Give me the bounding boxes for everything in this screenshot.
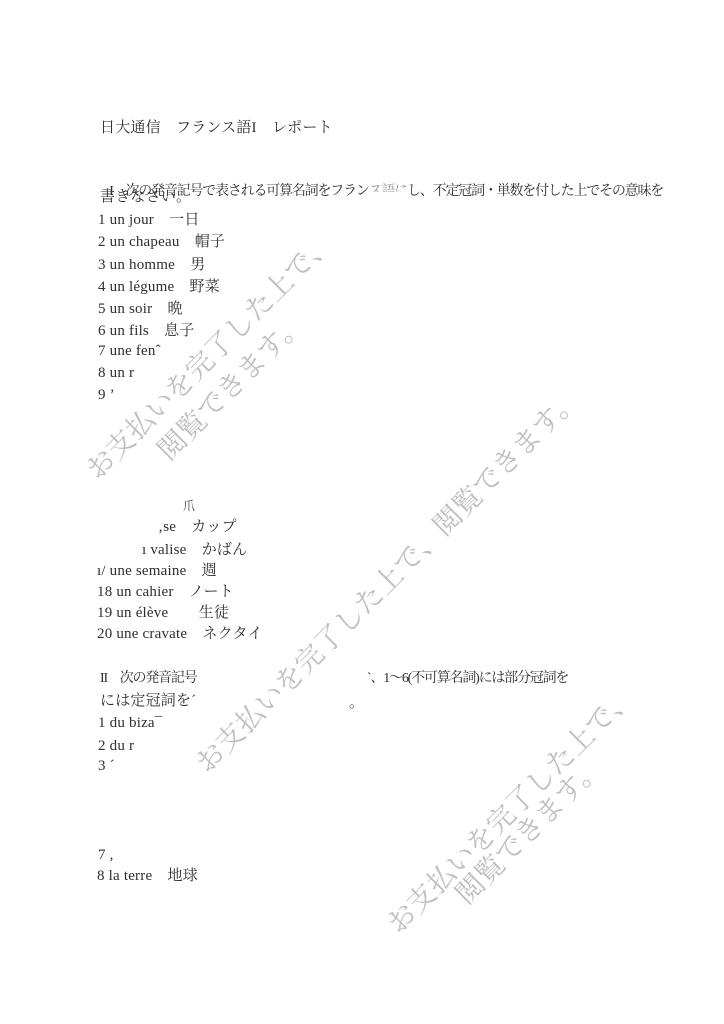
section2-heading-right: `、1～6(不可算名詞)には部分冠詞を (367, 669, 568, 689)
list2-item-3: 3 ´ (98, 756, 115, 776)
section1-heading-remnant: ス語に (369, 182, 407, 202)
watermark-bottom-line1: お支払いを完了した上で、 (380, 679, 642, 941)
list-item-16: ı valise かばん (142, 540, 247, 560)
list-item-17: ı/ une semaine 週 (97, 561, 217, 581)
section2-heading-left: II 次の発音記号 (100, 669, 197, 689)
list-item-5: 5 un soir 晩 (98, 299, 183, 319)
list-item-4: 4 un légume 野菜 (98, 277, 220, 297)
section1-heading-end: し、不定冠詞・単数を付した上でその意味を (407, 184, 663, 199)
section2-line2-left: には定冠詞を´ (100, 691, 196, 711)
list2-item-7: 7 , (98, 845, 114, 865)
list2-item-8: 8 la terre 地球 (97, 866, 198, 886)
list-item-14-fragment: 爪 (183, 496, 195, 516)
section2-line2-right: 。 (349, 693, 364, 713)
list-item-1: 1 un jour 一日 (98, 210, 200, 230)
list-item-3: 3 un homme 男 (98, 255, 205, 275)
list-item-20: 20 une cravate ネクタイ (97, 624, 263, 644)
list-item-7: 7 une fenˆ (98, 341, 161, 361)
list-item-15: ‚se カップ (158, 517, 237, 537)
list-item-19: 19 un élève 生徒 (97, 603, 229, 623)
page-title: 日大通信 フランス語I レポート (100, 118, 333, 138)
list-item-8: 8 un r (98, 363, 134, 383)
list2-item-2: 2 du r (98, 736, 134, 756)
document-page: お支払いを完了した上で、 閲覧できます。 お支払いを完了した上で、閲覧できます。… (0, 0, 724, 1024)
list-item-6: 6 un fils 息子 (98, 321, 195, 341)
list-item-2: 2 un chapeau 帽子 (98, 232, 225, 252)
list-item-9: 9 ’ (98, 385, 115, 405)
watermark-middle: お支払いを完了した上で、閲覧できます。 (189, 380, 589, 780)
section1-heading-cont: 書きなさい。 (100, 187, 191, 207)
list-item-18: 18 un cahier ノート (97, 582, 234, 602)
list2-item-1: 1 du biza¯ (98, 713, 162, 733)
